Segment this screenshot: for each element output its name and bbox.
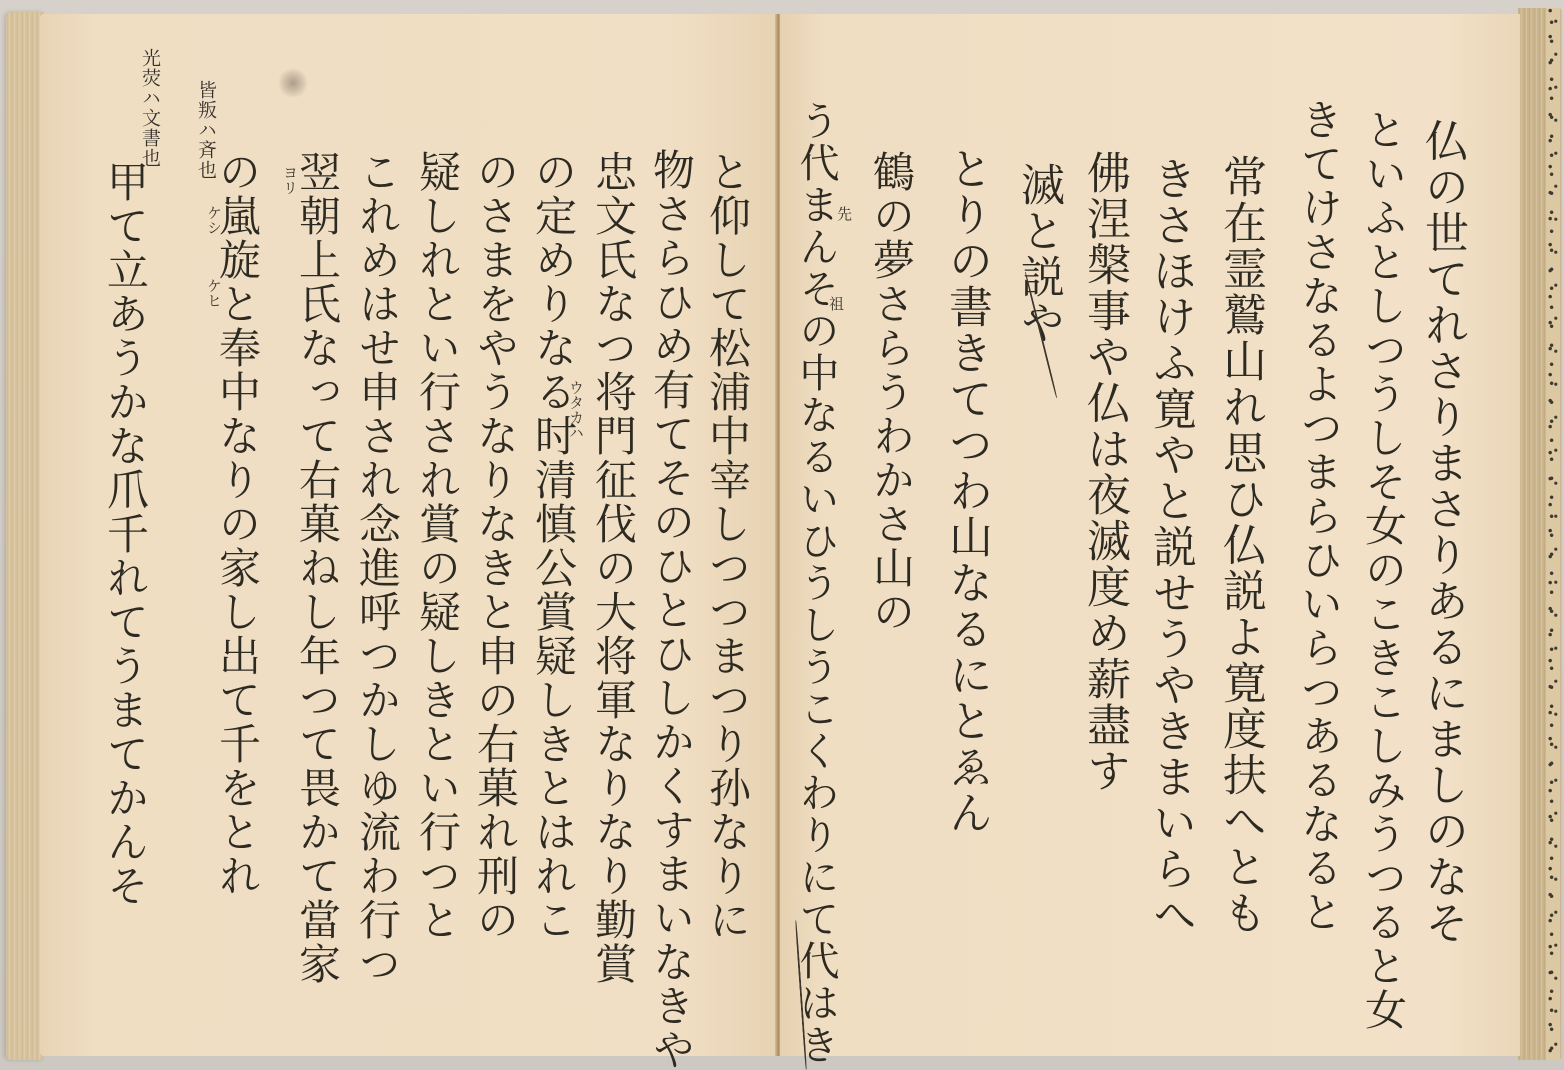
text-column: これめはせ申され念進呼つかしゆ流わ行つ xyxy=(356,150,398,986)
text-column: とりの書きてつわ山なるにとゑん xyxy=(944,146,988,836)
text-column: と仰して松浦中宰しつつまつり孙なりに xyxy=(706,150,748,942)
page-edge-speckled xyxy=(1546,8,1560,1060)
margin-note: 光荧ハ文書也 xyxy=(140,48,159,168)
page-block-left-edge xyxy=(6,12,44,1060)
text-column: 甲て立あうかな爪千れてうまてかんそ xyxy=(104,160,146,908)
furigana-gloss: ヨリ xyxy=(282,165,297,195)
text-column: 仏の世てれさりまさりあるにましのなそ xyxy=(1420,118,1464,946)
text-column: 鶴の夢さらうわかさ山の xyxy=(870,150,912,634)
text-column: の定めりなる时清慎公賞疑しきとはれこ xyxy=(532,150,574,942)
furigana-gloss: ケシ xyxy=(206,205,221,235)
text-column: う代まんその中なるいひうしうこくわりにて代はき xyxy=(796,100,836,1066)
text-column: 常在霊鷲山れ思ひ仏説よ寛度扶へとも xyxy=(1218,154,1262,936)
text-column: 疑しれとい行され賞の疑しきとい行つと xyxy=(416,150,458,942)
book-spread: 皆叛ハ斉也 光荧ハ文書也 と仰して松浦中宰しつつまつり孙なりに 物さらひめ有てそ… xyxy=(0,0,1564,1070)
furigana-gloss: 祖 xyxy=(828,296,843,311)
furigana-gloss: ケヒ xyxy=(206,278,221,308)
text-column: 佛涅槃事や仏は夜滅度め薪盡す xyxy=(1082,150,1126,794)
furigana-gloss: 先 xyxy=(836,206,851,221)
text-column: の嵐旋と奉中なりの家し出て千をとれ xyxy=(216,150,258,898)
text-column: 忠文氏なつ将門征伐の大将軍なりなり勤賞 xyxy=(592,150,634,986)
text-column: のさまをやうなりなきと申の右菓れ刑の xyxy=(474,150,516,942)
ink-smudge xyxy=(278,68,308,98)
text-column: きさほけふ寛やと説せうやきまいらへ xyxy=(1148,156,1192,938)
text-column: 物さらひめ有てそのひとひしかくすまいなきや xyxy=(650,148,692,1070)
text-column: 翌朝上氏なって右菓ねし年つて畏かて當家 xyxy=(296,150,338,986)
text-column: といふとしつうしそ女のこきこしみうつると女 xyxy=(1362,108,1404,1032)
furigana-gloss: ウタカハ xyxy=(568,380,583,440)
text-column: きてけさなるよつまらひいらつあるなると xyxy=(1298,98,1340,934)
